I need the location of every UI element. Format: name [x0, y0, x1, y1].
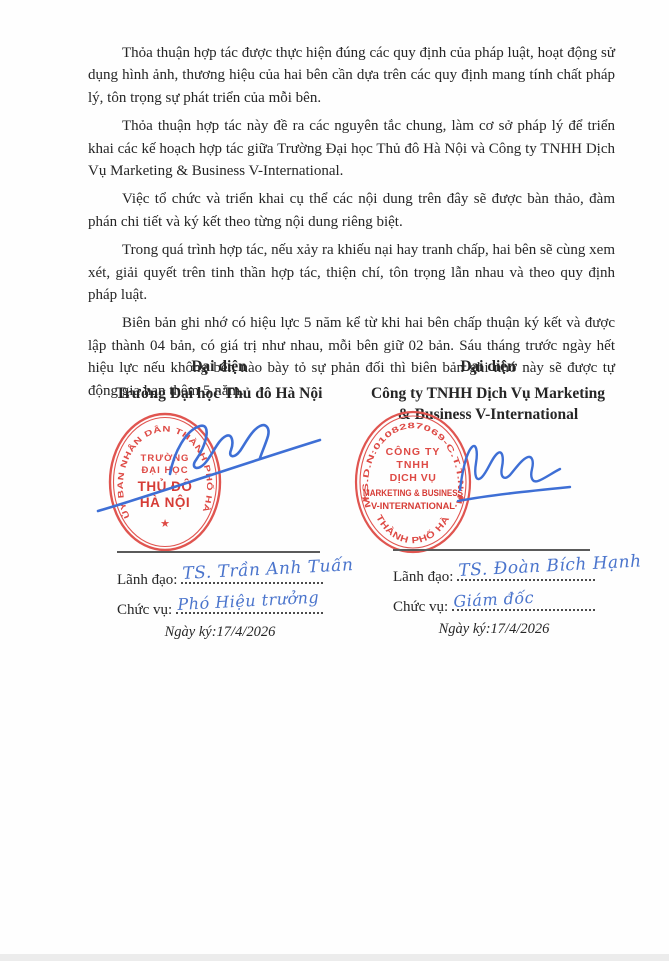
- stamp-line3: DỊCH VỤ: [390, 472, 437, 484]
- agreement-body: Thỏa thuận hợp tác được thực hiện đúng c…: [88, 42, 615, 408]
- left-org-name: Trường Đại học Thủ đô Hà Nội: [100, 383, 338, 404]
- right-rep-title: Đại diện: [366, 358, 610, 376]
- right-signature-line: [393, 549, 590, 551]
- stamp-star-left-icon: ★: [361, 494, 370, 505]
- left-signer-block: Lãnh đạo: TS. Trần Anh Tuấn Chức vụ: Phó…: [117, 560, 323, 641]
- left-leader-label: Lãnh đạo:: [117, 572, 177, 589]
- right-role-dotted-line: Giám đốc: [452, 587, 595, 611]
- paragraph: Trong quá trình hợp tác, nếu xảy ra khiế…: [88, 239, 615, 306]
- left-leader-row: Lãnh đạo: TS. Trần Anh Tuấn: [117, 560, 323, 590]
- signature-underline-stroke: [98, 440, 320, 511]
- page-bottom-edge: [0, 954, 669, 961]
- signature-underline-stroke: [458, 487, 570, 501]
- right-sign-date: Ngày ký:17/4/2026: [393, 621, 595, 638]
- left-party-header: Đại diện Trường Đại học Thủ đô Hà Nội: [100, 358, 338, 404]
- signature-stroke: [460, 446, 560, 490]
- left-signature-line: [117, 551, 320, 553]
- stamp-line1: CÔNG TY: [386, 445, 441, 458]
- right-leader-label: Lãnh đạo:: [393, 569, 453, 586]
- right-role-row: Chức vụ: Giám đốc: [393, 587, 595, 617]
- paragraph: Việc tổ chức và triển khai cụ thể các nộ…: [88, 188, 615, 233]
- left-role-label: Chức vụ:: [117, 602, 172, 619]
- right-signer-block: Lãnh đạo: TS. Đoàn Bích Hạnh Chức vụ: Gi…: [393, 557, 595, 638]
- left-rep-title: Đại diện: [100, 358, 338, 376]
- paragraph: Thỏa thuận hợp tác này đề ra các nguyên …: [88, 115, 615, 182]
- paragraph: Thỏa thuận hợp tác được thực hiện đúng c…: [88, 42, 615, 109]
- left-leader-name-handwriting: TS. Trần Anh Tuấn: [182, 555, 354, 584]
- left-handwritten-signature: [90, 412, 340, 524]
- stamp-line2: TNHH: [396, 459, 429, 471]
- left-sign-date: Ngày ký:17/4/2026: [117, 624, 323, 641]
- scanned-document-page: Thỏa thuận hợp tác được thực hiện đúng c…: [0, 0, 669, 961]
- right-handwritten-signature: [440, 435, 600, 515]
- right-role-handwriting: Giám đốc: [453, 588, 535, 611]
- right-leader-row: Lãnh đạo: TS. Đoàn Bích Hạnh: [393, 557, 595, 587]
- left-role-dotted-line: Phó Hiệu trưởng: [176, 590, 323, 614]
- left-leader-dotted-line: TS. Trần Anh Tuấn: [181, 560, 323, 584]
- signature-stroke: [170, 425, 269, 474]
- right-leader-name-handwriting: TS. Đoàn Bích Hạnh: [458, 551, 642, 581]
- left-role-row: Chức vụ: Phó Hiệu trưởng: [117, 590, 323, 620]
- left-role-handwriting: Phó Hiệu trưởng: [177, 588, 320, 614]
- right-role-label: Chức vụ:: [393, 599, 448, 616]
- right-leader-dotted-line: TS. Đoàn Bích Hạnh: [457, 557, 595, 581]
